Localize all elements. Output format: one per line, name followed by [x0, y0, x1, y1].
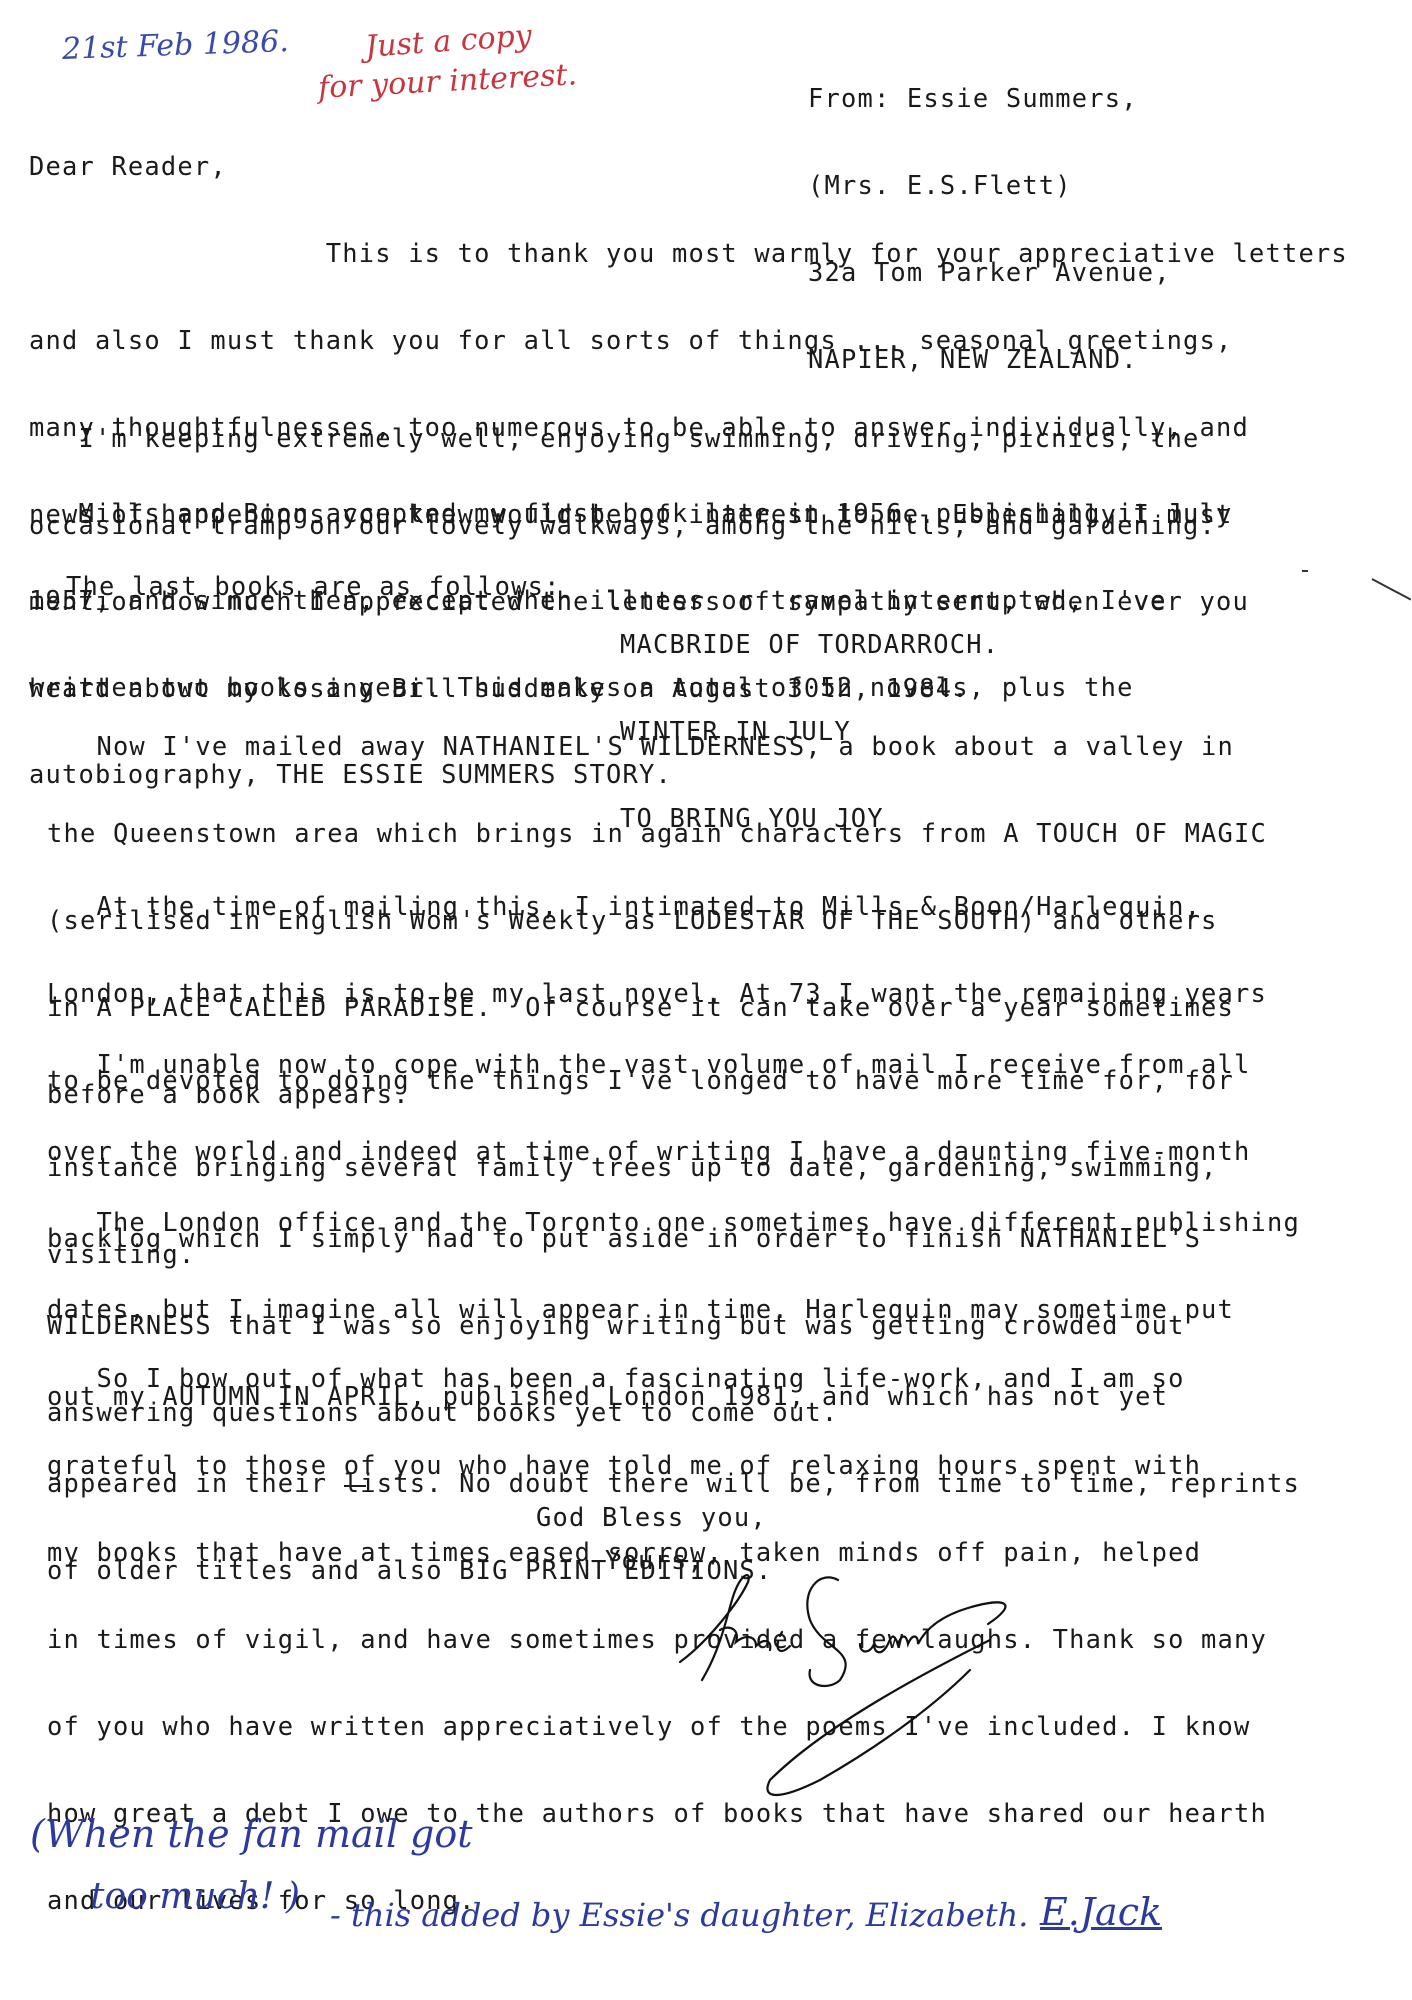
underline-mark: [344, 1485, 366, 1487]
footnote-line2b: - this added by Essie's daughter, Elizab…: [330, 1896, 1028, 1934]
handwritten-note-line1: Just a copy: [364, 18, 533, 65]
sender-line: From: Essie Summers,: [808, 84, 1171, 113]
stray-mark: [1302, 570, 1308, 572]
text-line: So I bow out of what has been a fascinat…: [47, 1364, 1267, 1393]
text-line: I'm unable now to cope with the vast vol…: [47, 1050, 1251, 1079]
footnote-line1: (When the fan mail got: [30, 1812, 473, 1856]
text-line: At the time of mailing this, I intimated…: [47, 892, 1267, 921]
footnote-line2a: too much! ): [90, 1876, 300, 1917]
text-line: The London office and the Toronto one so…: [47, 1208, 1300, 1237]
closing-blessing: God Bless you,: [536, 1503, 767, 1532]
stray-mark: [1372, 578, 1412, 600]
text-line: Mills and Boon accepted my first book la…: [29, 499, 1233, 528]
signature-drawing: [660, 1560, 1100, 1820]
salutation: Dear Reader,: [29, 152, 227, 181]
text-line: grateful to those of you who have told m…: [47, 1451, 1267, 1480]
book-title: MACBRIDE OF TORDARROCH.: [620, 630, 999, 659]
handwritten-note-line2: for your interest.: [317, 57, 578, 106]
text-line: This is to thank you most warmly for you…: [29, 239, 1348, 268]
text-line: Now I've mailed away NATHANIEL'S WILDERN…: [47, 732, 1267, 761]
footnote-initials: E.Jack: [1040, 1890, 1162, 1934]
last-books-intro: The last books are as follows:: [66, 572, 561, 601]
text-line: and also I must thank you for all sorts …: [29, 326, 1348, 355]
handwritten-date: 21st Feb 1986.: [61, 24, 289, 67]
